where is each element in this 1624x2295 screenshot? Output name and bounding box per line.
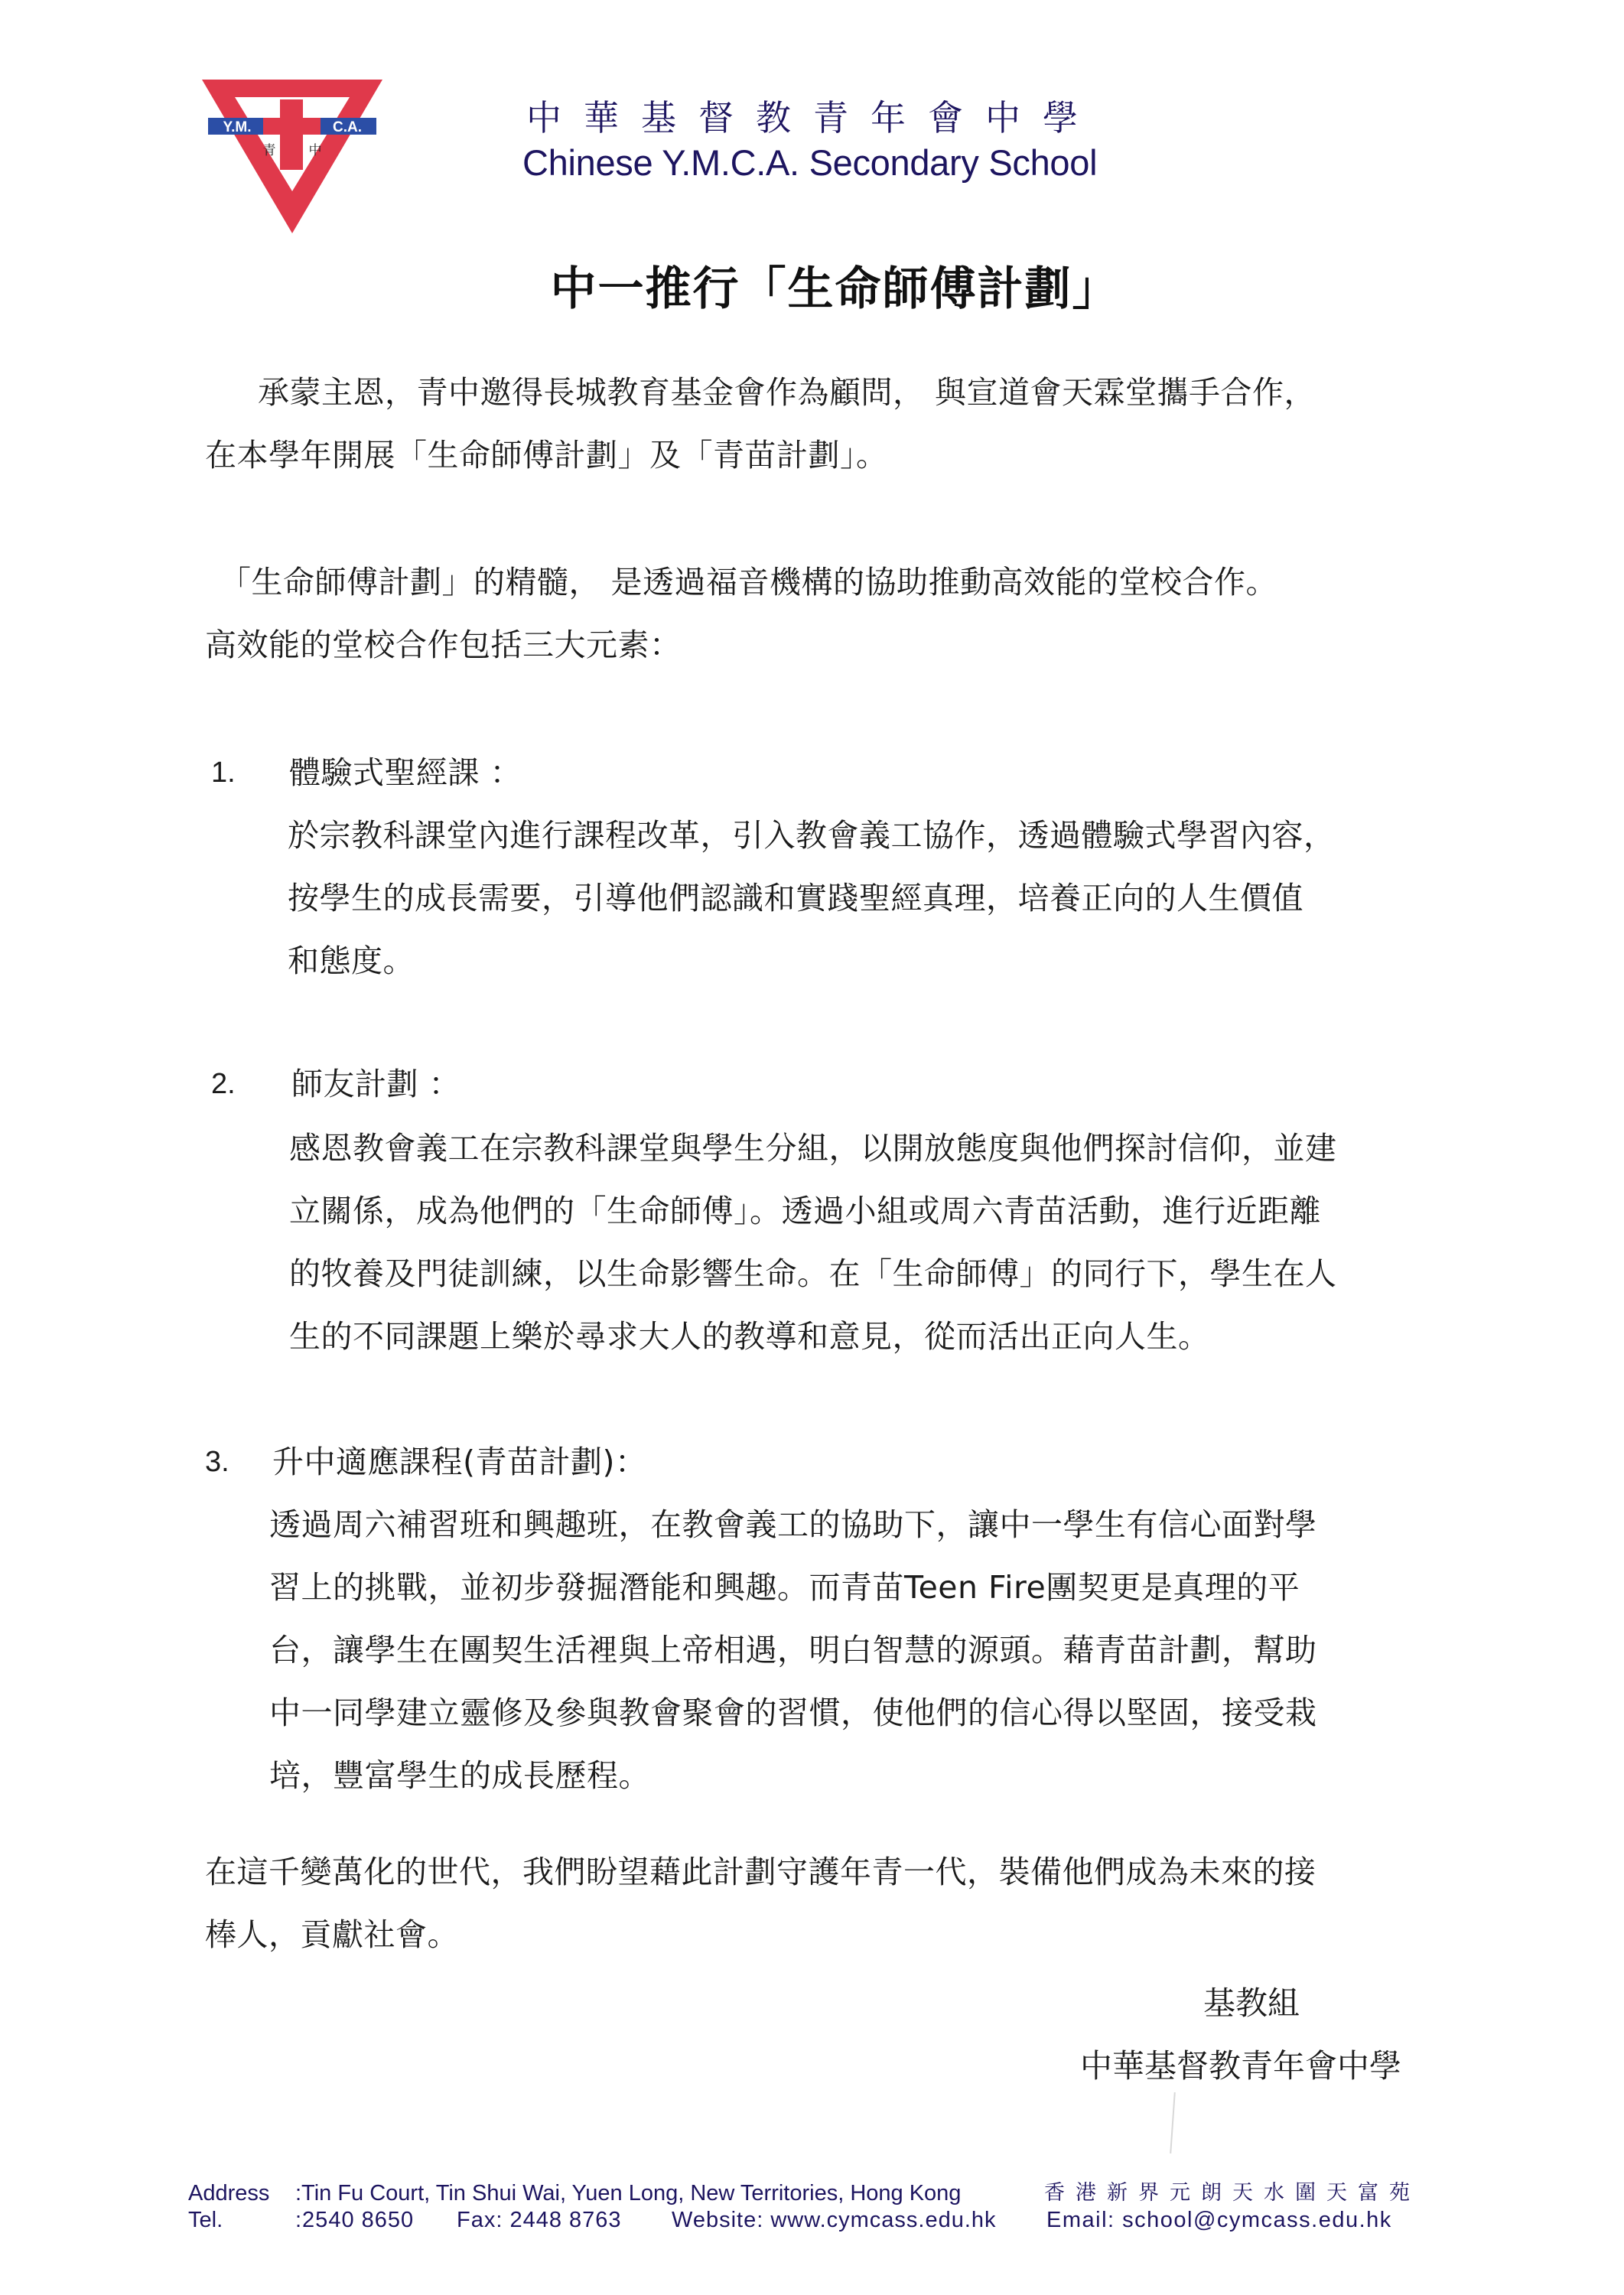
element-body-line: 感恩教會義工在宗教科課堂與學生分組，以開放態度與他們探討信仰，並建 [289, 1129, 1337, 1167]
email-link[interactable]: Email: school@cymcass.edu.hk [1046, 2206, 1392, 2234]
element-body-line: 和態度。 [288, 942, 415, 980]
element-body-line: 生的不同課題上樂於尋求大人的教導和意見，從而活出正向人生。 [289, 1317, 1210, 1356]
address-value: :Tin Fu Court, Tin Shui Wai, Yuen Long, … [295, 2179, 961, 2207]
element-heading: 體驗式聖經課 ： [289, 754, 522, 792]
school-name-zh: 中華基督教青年會中學 [526, 90, 1100, 141]
element-number: 3. [205, 1443, 229, 1481]
signature-school: 中華基督教青年會中學 [1080, 2047, 1401, 2085]
closing-line-1: 在這千變萬化的世代，我們盼望藉此計劃守護年青一代，裝備他們成為未來的接 [205, 1853, 1316, 1891]
school-name-en: Chinese Y.M.C.A. Secondary School [522, 142, 1097, 184]
page-title: 中一推行「生命師傅計劃」 [0, 252, 1624, 318]
element-number: 2. [211, 1065, 236, 1103]
tel-value: :2540 8650 [295, 2206, 414, 2234]
svg-text:青: 青 [263, 143, 276, 158]
signature-department: 基教組 [1203, 1984, 1300, 2023]
scan-artifact [1170, 2092, 1176, 2153]
intro-line-2: 在本學年開展「生命師傅計劃」及「青苗計劃」。 [205, 436, 888, 474]
svg-text:C.A.: C.A. [333, 119, 362, 135]
element-body-line: 台，讓學生在團契生活裡與上帝相遇，明白智慧的源頭。藉青苗計劃，幫助 [269, 1631, 1317, 1669]
element-body-line: 立關係，成為他們的「生命師傅」。透過小組或周六青苗活動，進行近距離 [289, 1192, 1321, 1230]
essence-line-2: 高效能的堂校合作包括三大元素： [205, 626, 682, 664]
address-zh: 香港新界元朗天水圍天富苑 [1044, 2179, 1421, 2207]
element-body-line: 培，豐富學生的成長歷程。 [269, 1756, 650, 1795]
school-logo: Y.M. C.A. 青 中 [200, 76, 384, 237]
element-body-line: 於宗教科課堂內進行課程改革，引入教會義工協作，透過體驗式學習內容， [288, 816, 1336, 855]
address-label: Address [188, 2179, 269, 2207]
website-link[interactable]: Website: www.cymcass.edu.hk [672, 2206, 997, 2234]
closing-line-2: 棒人，貢獻社會。 [205, 1916, 459, 1954]
element-number: 1. [211, 754, 236, 792]
ymca-triangle-icon: Y.M. C.A. 青 中 [200, 76, 384, 237]
element-body-line: 的牧養及門徒訓練，以生命影響生命。在「生命師傅」的同行下，學生在人 [289, 1255, 1337, 1293]
svg-text:中: 中 [309, 143, 322, 158]
element-heading: 升中適應課程(青苗計劃)： [272, 1443, 647, 1481]
element-heading: 師友計劃 ： [291, 1065, 461, 1103]
intro-line-1: 承蒙主恩，青中邀得長城教育基金會作為顧問， 與宣道會天霖堂攜手合作， [258, 373, 1316, 412]
element-body-line: 中一同學建立靈修及參與教會聚會的習慣，使他們的信心得以堅固，接受栽 [269, 1694, 1317, 1732]
element-body-line: 按學生的成長需要，引導他們認識和實踐聖經真理，培養正向的人生價值 [288, 879, 1303, 917]
essence-line-1: 「生命師傅計劃」的精髓， 是透過福音機構的協助推動高效能的堂校合作。 [220, 563, 1277, 601]
tel-label: Tel. [188, 2206, 223, 2234]
fax-value: Fax: 2448 8763 [457, 2206, 622, 2234]
element-body-line: 透過周六補習班和興趣班，在教會義工的協助下，讓中一學生有信心面對學 [269, 1506, 1317, 1544]
svg-text:Y.M.: Y.M. [223, 119, 252, 135]
element-body-line: 習上的挑戰，並初步發掘潛能和興趣。而青苗Teen Fire團契更是真理的平 [269, 1568, 1300, 1606]
